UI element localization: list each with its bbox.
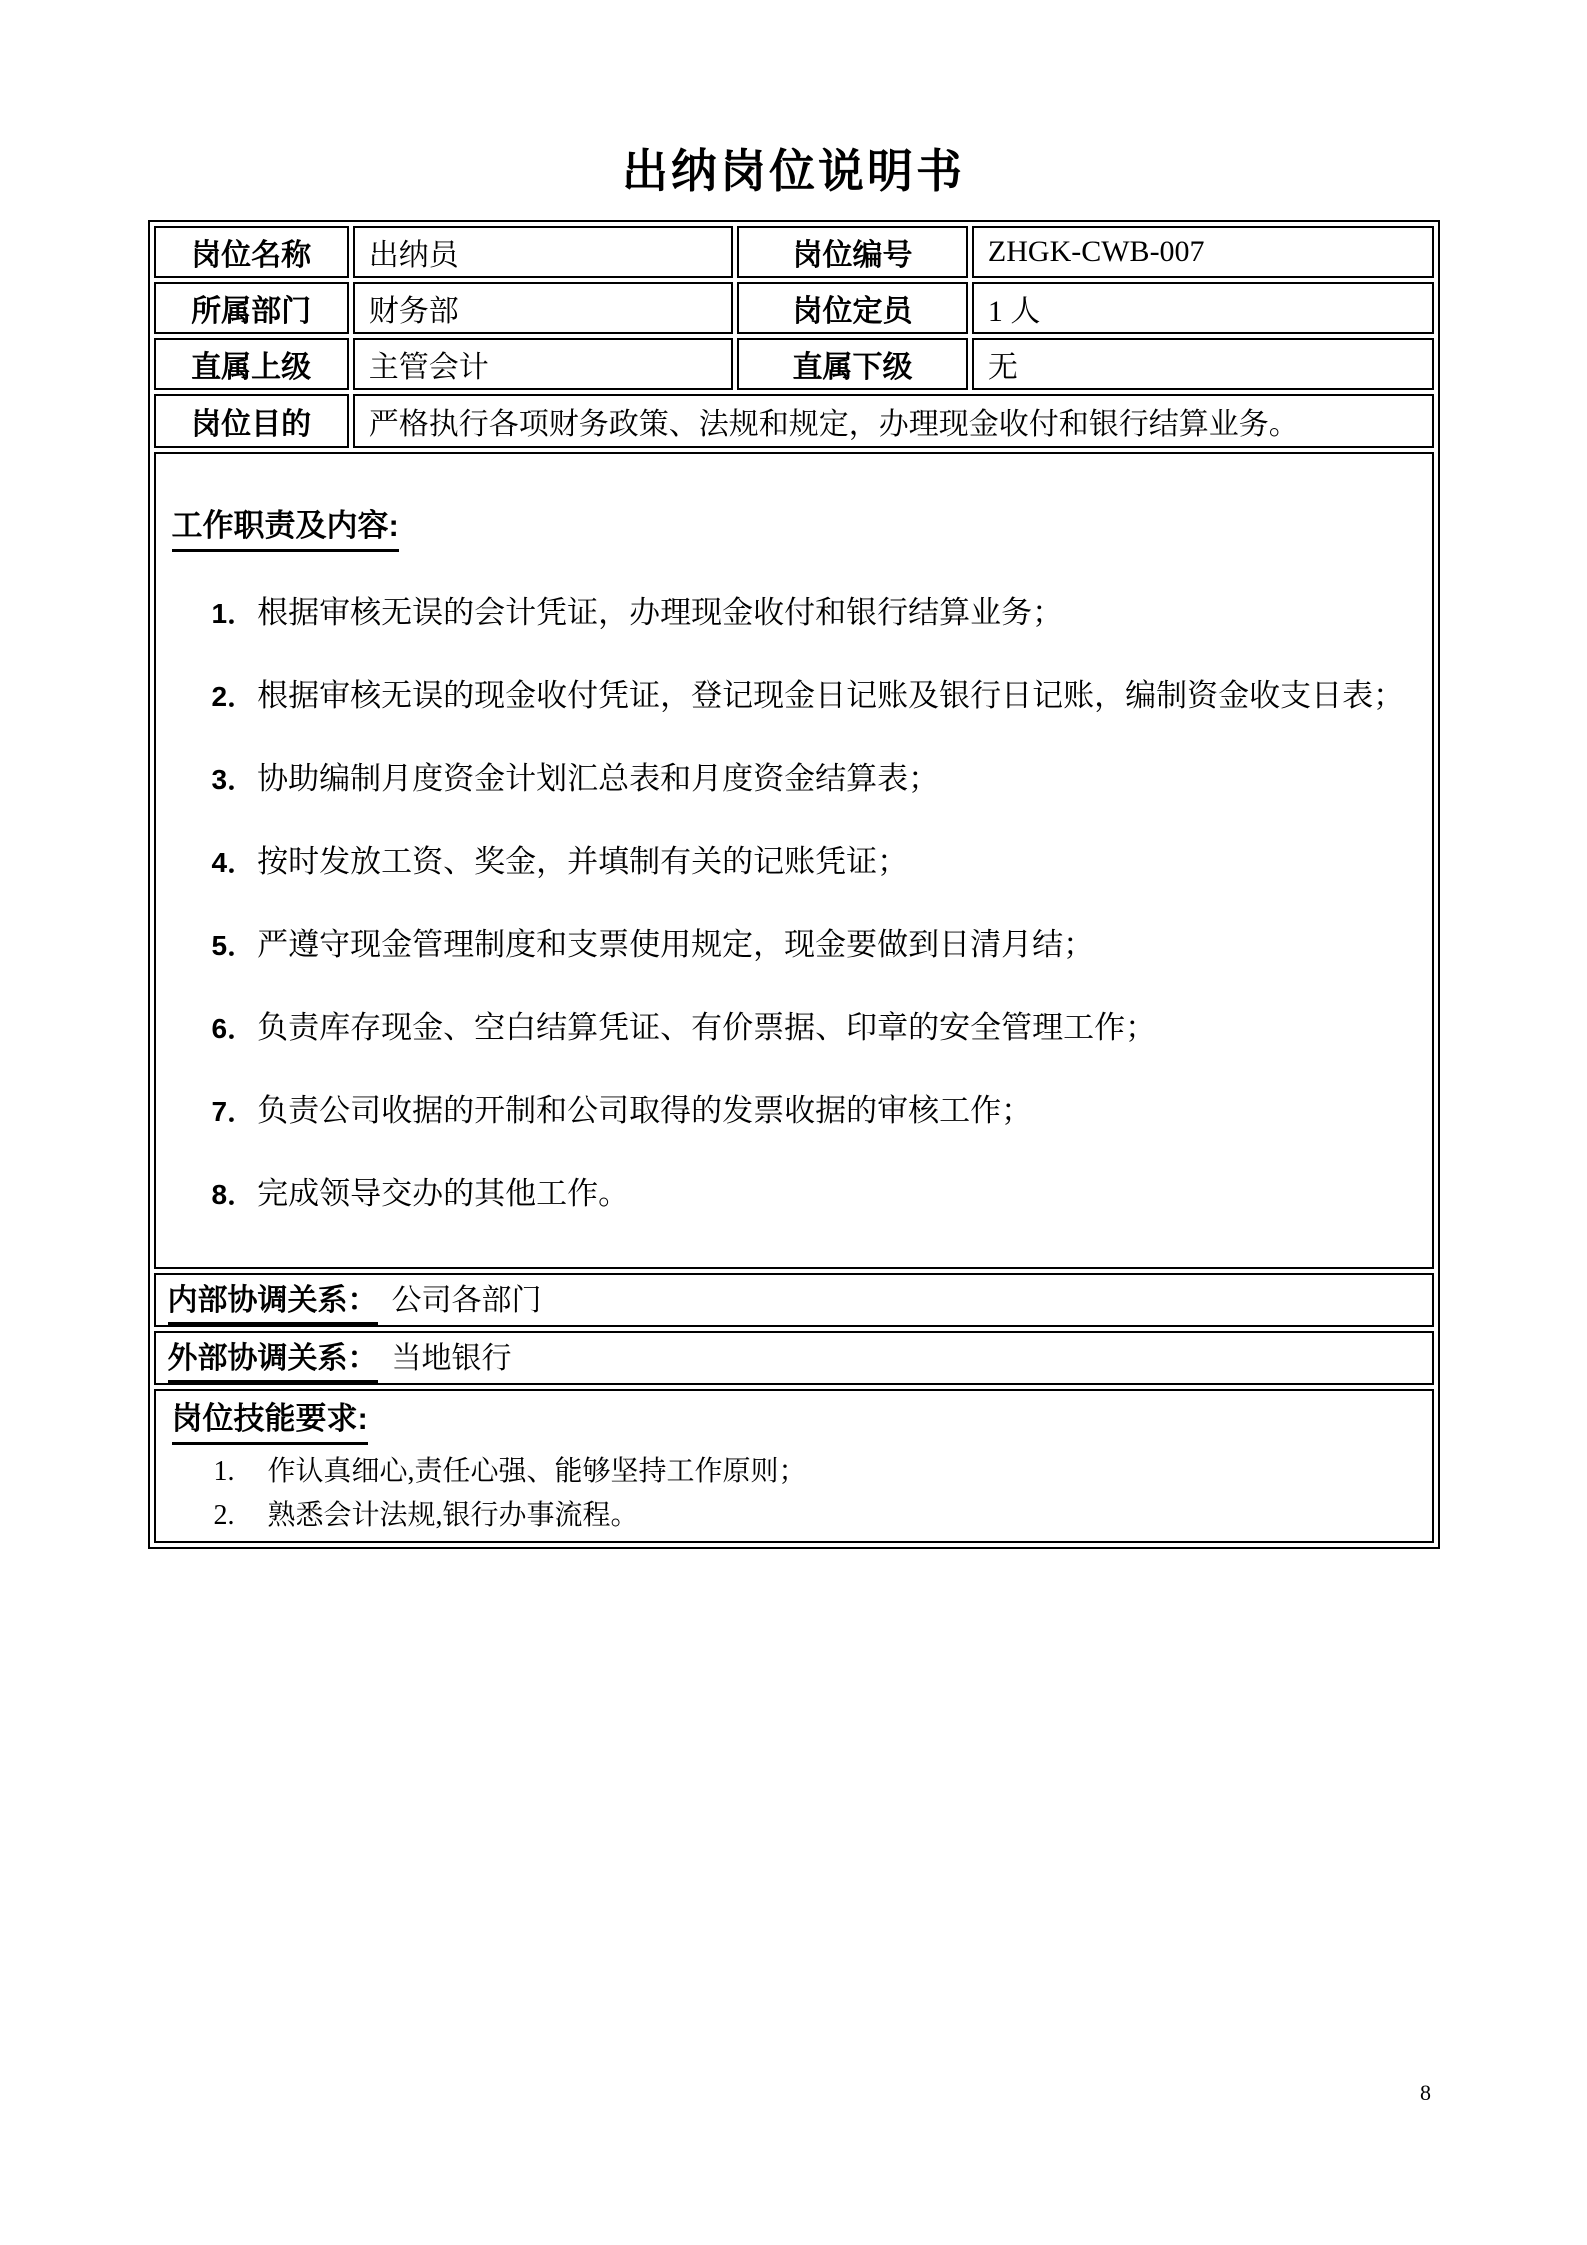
subordinate-value: 无 xyxy=(972,338,1434,390)
duty-item: 3．协助编制月度资金计划汇总表和月度资金结算表； xyxy=(212,758,1416,801)
duty-item: 7．负责公司收据的开制和公司取得的发票收据的审核工作； xyxy=(212,1090,1416,1133)
purpose-label: 岗位目的 xyxy=(154,394,349,448)
duty-item: 1．根据审核无误的会计凭证，办理现金收付和银行结算业务； xyxy=(212,592,1416,635)
duty-item-number: 5． xyxy=(212,930,256,961)
position-name-label: 岗位名称 xyxy=(154,226,349,278)
document-page: 出纳岗位说明书 岗位名称 出纳员 岗位编号 ZHGK-CWB-007 所属部门 … xyxy=(0,0,1587,2245)
subordinate-label: 直属下级 xyxy=(737,338,968,390)
duty-item-text: 根据审核无误的现金收付凭证，登记现金日记账及银行日记账，编制资金收支日表； xyxy=(257,678,1404,713)
table-row-department: 所属部门 财务部 岗位定员 1 人 xyxy=(154,282,1434,334)
table-row-internal-relations: 内部协调关系：公司各部门 xyxy=(154,1273,1434,1327)
skills-heading: 岗位技能要求: xyxy=(172,1399,368,1445)
superior-label: 直属上级 xyxy=(154,338,349,390)
table-row-purpose: 岗位目的 严格执行各项财务政策、法规和规定，办理现金收付和银行结算业务。 xyxy=(154,394,1434,448)
page-number: 8 xyxy=(1420,2080,1431,2106)
duty-item-number: 6． xyxy=(212,1013,256,1044)
duty-item-text: 负责库存现金、空白结算凭证、有价票据、印章的安全管理工作； xyxy=(257,1010,1156,1045)
duties-heading: 工作职责及内容: xyxy=(172,506,399,552)
duty-item-text: 负责公司收据的开制和公司取得的发票收据的审核工作； xyxy=(257,1093,1032,1128)
duty-item: 2．根据审核无误的现金收付凭证，登记现金日记账及银行日记账，编制资金收支日表； xyxy=(212,675,1416,718)
department-value: 财务部 xyxy=(353,282,733,334)
internal-relations-label: 内部协调关系： xyxy=(168,1275,378,1325)
duty-item-number: 3． xyxy=(212,764,256,795)
duty-item-text: 协助编制月度资金计划汇总表和月度资金结算表； xyxy=(257,761,939,796)
job-description-table: 岗位名称 出纳员 岗位编号 ZHGK-CWB-007 所属部门 财务部 岗位定员… xyxy=(148,220,1440,1549)
purpose-value: 严格执行各项财务政策、法规和规定，办理现金收付和银行结算业务。 xyxy=(353,394,1434,448)
duties-heading-wrap: 工作职责及内容: xyxy=(172,506,1416,552)
table-row-skills: 岗位技能要求: 1.作认真细心,责任心强、能够坚持工作原则； 2.熟悉会计法规,… xyxy=(154,1389,1434,1543)
external-relations-label: 外部协调关系： xyxy=(168,1333,378,1383)
table-row-external-relations: 外部协调关系：当地银行 xyxy=(154,1331,1434,1385)
duty-item-number: 2． xyxy=(212,681,256,712)
external-relations-cell: 外部协调关系：当地银行 xyxy=(154,1331,1434,1385)
duty-item-number: 7． xyxy=(212,1096,256,1127)
table-row-position: 岗位名称 出纳员 岗位编号 ZHGK-CWB-007 xyxy=(154,226,1434,278)
duty-item-text: 按时发放工资、奖金，并填制有关的记账凭证； xyxy=(257,844,908,879)
headcount-value: 1 人 xyxy=(972,282,1434,334)
headcount-label: 岗位定员 xyxy=(737,282,968,334)
duties-cell: 工作职责及内容: 1．根据审核无误的会计凭证，办理现金收付和银行结算业务； 2．… xyxy=(154,452,1434,1269)
duty-item-number: 8． xyxy=(212,1179,256,1210)
internal-relations-value: 公司各部门 xyxy=(392,1284,542,1317)
skill-item-number: 2. xyxy=(214,1499,268,1533)
table-row-reporting: 直属上级 主管会计 直属下级 无 xyxy=(154,338,1434,390)
duty-item: 8．完成领导交办的其他工作。 xyxy=(212,1173,1416,1216)
skills-heading-wrap: 岗位技能要求: xyxy=(172,1399,1416,1445)
duty-item: 6．负责库存现金、空白结算凭证、有价票据、印章的安全管理工作； xyxy=(212,1007,1416,1050)
duty-item-text: 根据审核无误的会计凭证，办理现金收付和银行结算业务； xyxy=(257,595,1063,630)
job-description-table-grid: 岗位名称 出纳员 岗位编号 ZHGK-CWB-007 所属部门 财务部 岗位定员… xyxy=(150,222,1438,1547)
skill-item-text: 作认真细心,责任心强、能够坚持工作原则； xyxy=(268,1456,807,1487)
skill-item: 1.作认真细心,责任心强、能够坚持工作原则； xyxy=(214,1455,1416,1489)
external-relations-value: 当地银行 xyxy=(392,1342,512,1375)
department-label: 所属部门 xyxy=(154,282,349,334)
position-code-value: ZHGK-CWB-007 xyxy=(972,226,1434,278)
duty-item-text: 完成领导交办的其他工作。 xyxy=(257,1176,629,1211)
internal-relations-cell: 内部协调关系：公司各部门 xyxy=(154,1273,1434,1327)
duty-item: 4．按时发放工资、奖金，并填制有关的记账凭证； xyxy=(212,841,1416,884)
position-code-label: 岗位编号 xyxy=(737,226,968,278)
position-name-value: 出纳员 xyxy=(353,226,733,278)
skill-item: 2.熟悉会计法规,银行办事流程。 xyxy=(214,1499,1416,1533)
document-title: 出纳岗位说明书 xyxy=(0,0,1587,198)
skill-item-number: 1. xyxy=(214,1455,268,1489)
skills-cell: 岗位技能要求: 1.作认真细心,责任心强、能够坚持工作原则； 2.熟悉会计法规,… xyxy=(154,1389,1434,1543)
table-row-duties: 工作职责及内容: 1．根据审核无误的会计凭证，办理现金收付和银行结算业务； 2．… xyxy=(154,452,1434,1269)
duty-item-number: 4． xyxy=(212,847,256,878)
skill-item-text: 熟悉会计法规,银行办事流程。 xyxy=(268,1500,639,1531)
duty-item: 5．严遵守现金管理制度和支票使用规定，现金要做到日清月结； xyxy=(212,924,1416,967)
superior-value: 主管会计 xyxy=(353,338,733,390)
duty-item-text: 严遵守现金管理制度和支票使用规定，现金要做到日清月结； xyxy=(257,927,1094,962)
duty-item-number: 1． xyxy=(212,598,256,629)
